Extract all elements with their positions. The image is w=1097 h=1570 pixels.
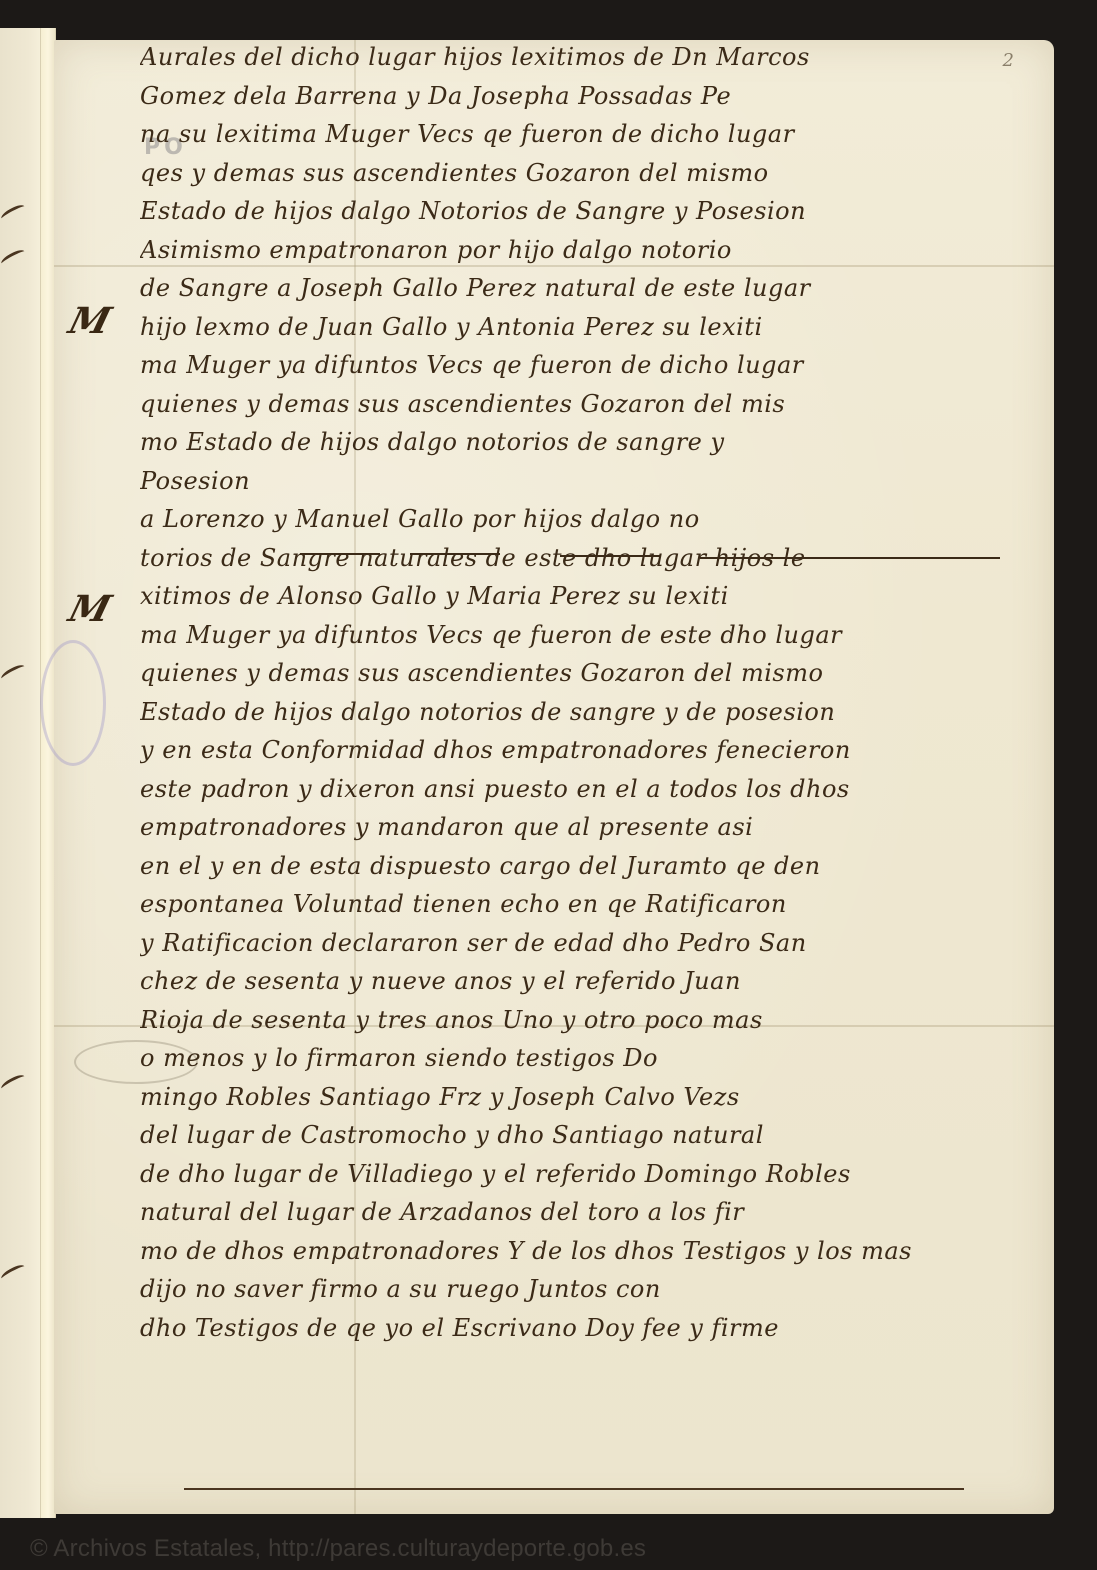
facing-page-edge xyxy=(0,28,40,1518)
text-line: empatronadores y mandaron que al present… xyxy=(140,808,960,847)
text-line: dho Testigos de qe yo el Escrivano Doy f… xyxy=(140,1309,960,1348)
text-line: chez de sesenta y nueve anos y el referi… xyxy=(140,962,960,1001)
text-line: hijo lexmo de Juan Gallo y Antonia Perez… xyxy=(140,308,960,347)
handwritten-text: Aurales del dicho lugar hijos lexitimos … xyxy=(140,38,960,1347)
closing-rule-line xyxy=(184,1488,964,1490)
ink-stroke xyxy=(0,1072,27,1092)
text-line: mingo Robles Santiago Frz y Joseph Calvo… xyxy=(140,1078,960,1117)
text-line: o menos y lo firmaron siendo testigos Do xyxy=(140,1039,960,1078)
text-line: Estado de hijos dalgo notorios de sangre… xyxy=(140,693,960,732)
text-line: xitimos de Alonso Gallo y Maria Perez su… xyxy=(140,577,960,616)
text-line: Rioja de sesenta y tres anos Uno y otro … xyxy=(140,1001,960,1040)
text-line: Estado de hijos dalgo Notorios de Sangre… xyxy=(140,192,960,231)
text-line: quienes y demas sus ascendientes Gozaron… xyxy=(140,654,960,693)
folio-number: 2 xyxy=(1003,50,1014,71)
text-line: de dho lugar de Villadiego y el referido… xyxy=(140,1155,960,1194)
text-line: en el y en de esta dispuesto cargo del J… xyxy=(140,847,960,886)
text-line: mo Estado de hijos dalgo notorios de san… xyxy=(140,423,960,462)
text-line: y Ratificacion declararon ser de edad dh… xyxy=(140,924,960,963)
text-line: na su lexitima Muger Vecs qe fueron de d… xyxy=(140,115,960,154)
text-line: del lugar de Castromocho y dho Santiago … xyxy=(140,1116,960,1155)
filler-dash xyxy=(300,553,380,555)
violet-seal-stamp xyxy=(40,640,106,766)
scanned-document: PO 2 M M Aurales del dicho lugar hijos l… xyxy=(0,0,1097,1570)
text-line: a Lorenzo y Manuel Gallo por hijos dalgo… xyxy=(140,500,960,539)
text-line: Posesion xyxy=(140,462,960,501)
text-line: Aurales del dicho lugar hijos lexitimos … xyxy=(140,38,960,77)
text-line: dijo no saver firmo a su ruego Juntos co… xyxy=(140,1270,960,1309)
text-line: mo de dhos empatronadores Y de los dhos … xyxy=(140,1232,960,1271)
text-line: ma Muger ya difuntos Vecs qe fueron de e… xyxy=(140,616,960,655)
filler-dash xyxy=(410,553,500,555)
ink-stroke xyxy=(0,662,27,682)
text-line: este padron y dixeron ansi puesto en el … xyxy=(140,770,960,809)
text-line: espontanea Voluntad tienen echo en qe Ra… xyxy=(140,885,960,924)
filler-dash xyxy=(700,557,1000,559)
ink-stroke xyxy=(0,1262,27,1282)
text-line: quienes y demas sus ascendientes Gozaron… xyxy=(140,385,960,424)
ink-stroke xyxy=(0,247,27,267)
text-line: ma Muger ya difuntos Vecs qe fueron de d… xyxy=(140,346,960,385)
archive-watermark: © Archivos Estatales, http://pares.cultu… xyxy=(30,1535,646,1563)
text-line: qes y demas sus ascendientes Gozaron del… xyxy=(140,154,960,193)
text-line: Gomez dela Barrena y Da Josepha Possadas… xyxy=(140,77,960,116)
text-line: natural del lugar de Arzadanos del toro … xyxy=(140,1193,960,1232)
text-line: y en esta Conformidad dhos empatronadore… xyxy=(140,731,960,770)
filler-dash xyxy=(560,555,660,557)
text-line: Asimismo empatronaron por hijo dalgo not… xyxy=(140,231,960,270)
text-line: de Sangre a Joseph Gallo Perez natural d… xyxy=(140,269,960,308)
ink-stroke xyxy=(0,202,27,222)
